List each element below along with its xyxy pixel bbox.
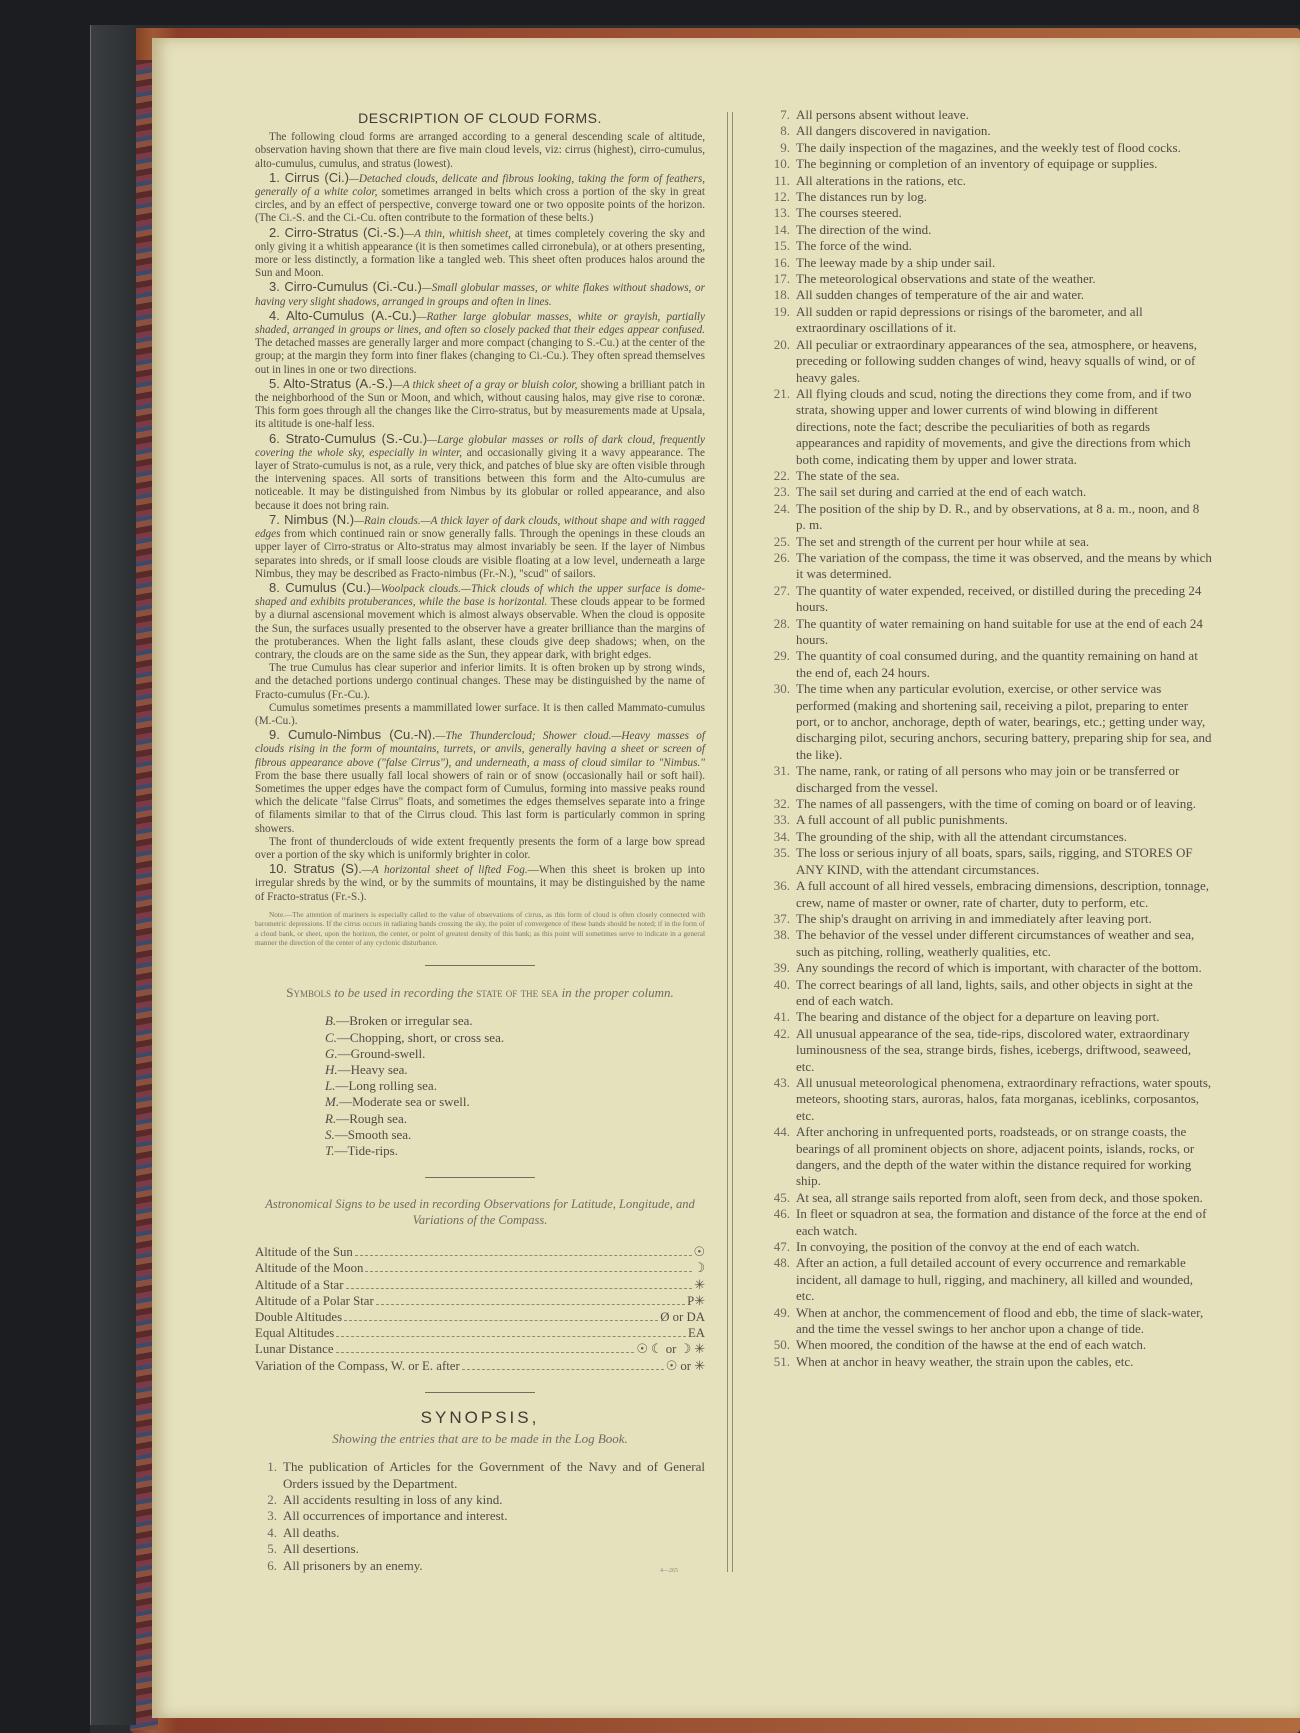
cloud-name: 6. Strato-Cumulus (S.-Cu.) [269,431,427,446]
log-entry: 43.All unusual meteorological phenomena,… [760,1075,1212,1124]
cloud-name: 9. Cumulo-Nimbus (Cu.-N). [269,727,436,742]
log-entry: 12.The distances run by log. [760,189,1212,205]
cloud-section-title: DESCRIPTION OF CLOUD FORMS. [255,112,705,125]
astronomical-signs-list: Altitude of the Sun☉Altitude of the Moon… [255,1244,705,1374]
astronomical-sign-row: Equal AltitudesEA [255,1325,705,1341]
astronomical-sign-row: Variation of the Compass, W. or E. after… [255,1358,705,1374]
astronomical-sign-row: Altitude of the Moon☽ [255,1260,705,1276]
log-entry: 37.The ship's draught on arriving in and… [760,911,1212,927]
log-entry: 27.The quantity of water expended, recei… [760,583,1212,616]
cloud-form-entry: 5. Alto-Stratus (A.-S.)—A thick sheet of… [255,377,705,432]
sea-symbol-item: T.—Tide-rips. [325,1143,705,1159]
log-entry: 34.The grounding of the ship, with all t… [760,829,1212,845]
log-entry: 32.The names of all passengers, with the… [760,796,1212,812]
astronomical-sign-icon: ☉ [694,1244,705,1260]
cloud-name: 10. Stratus (S). [269,861,362,876]
log-entry: 30.The time when any particular evolutio… [760,681,1212,763]
sea-symbol-item: G.—Ground-swell. [325,1046,705,1062]
column-divider [727,112,733,1572]
sea-symbol-item: R.—Rough sea. [325,1111,705,1127]
cloud-form-entry: 3. Cirro-Cumulus (Ci.-Cu.)—Small globula… [255,280,705,308]
astronomical-sign-icon: ✳ [694,1277,705,1293]
log-entry: 33.A full account of all public punishme… [760,812,1212,828]
page-number: 4—265 [660,1568,678,1574]
astronomical-sign-icon: ☉ ☾ or ☽ ✳ [636,1341,705,1357]
log-entry: 31.The name, rank, or rating of all pers… [760,763,1212,796]
cloud-form-entry: 4. Alto-Cumulus (A.-Cu.)—Rather large gl… [255,309,705,377]
cloud-form-entry: 8. Cumulus (Cu.)—Woolpack clouds.—Thick … [255,581,705,662]
log-entry: 14.The direction of the wind. [760,222,1212,238]
astronomical-sign-icon: EA [688,1325,705,1341]
astronomical-sign-icon: Ø or DA [660,1309,705,1325]
sea-symbol-item: M.—Moderate sea or swell. [325,1094,705,1110]
log-entry: 48.After an action, a full detailed acco… [760,1255,1212,1304]
cumulus-paragraph-2: The true Cumulus has clear superior and … [255,662,705,702]
log-entry: 36.A full account of all hired vessels, … [760,878,1212,911]
log-entry: 9.The daily inspection of the magazines,… [760,140,1212,156]
log-entry: 46.In fleet or squadron at sea, the form… [760,1206,1212,1239]
log-entry: 28.The quantity of water remaining on ha… [760,616,1212,649]
log-entry: 42.All unusual appearance of the sea, ti… [760,1026,1212,1075]
log-entry: 45.At sea, all strange sails reported fr… [760,1190,1212,1206]
divider [425,1177,535,1178]
synopsis-title: SYNOPSIS, [255,1411,705,1424]
log-entry: 20.All peculiar or extraordinary appeara… [760,337,1212,386]
log-entry: 2.All accidents resulting in loss of any… [255,1492,705,1508]
cloud-name: 2. Cirro-Stratus (Ci.-S.) [269,225,404,240]
log-entry: 38.The behavior of the vessel under diff… [760,927,1212,960]
cloud-name: 3. Cirro-Cumulus (Ci.-Cu.) [269,279,422,294]
sea-symbol-item: C.—Chopping, short, or cross sea. [325,1030,705,1046]
log-entry: 5.All desertions. [255,1541,705,1557]
cloud-intro: The following cloud forms are arranged a… [255,131,705,171]
log-entries-right: 7.All persons absent without leave.8.All… [760,107,1212,1370]
log-entry: 4.All deaths. [255,1525,705,1541]
log-entry: 24.The position of the ship by D. R., an… [760,501,1212,534]
astronomical-signs-heading: Astronomical Signs to be used in recordi… [255,1196,705,1228]
cloud-name: 5. Alto-Stratus (A.-S.) [269,376,393,391]
cloud-form-entry: 1. Cirrus (Ci.)—Detached clouds, delicat… [255,171,705,226]
log-entry: 15.The force of the wind. [760,238,1212,254]
log-entry: 40.The correct bearings of all land, lig… [760,977,1212,1010]
divider [425,965,535,966]
cumulus-paragraph-3: Cumulus sometimes presents a mammillated… [255,702,705,728]
plastic-sleeve [90,25,136,1725]
log-entry: 11.All alterations in the rations, etc. [760,173,1212,189]
log-entry: 25.The set and strength of the current p… [760,534,1212,550]
cloud-name: 1. Cirrus (Ci.) [269,170,349,185]
astronomical-sign-icon: P✳ [687,1293,705,1309]
astronomical-sign-icon: ☉ or ✳ [666,1358,705,1374]
log-entry: 17.The meteorological observations and s… [760,271,1212,287]
astronomical-sign-row: Altitude of a Polar StarP✳ [255,1293,705,1309]
log-entry: 8.All dangers discovered in navigation. [760,123,1212,139]
astronomical-sign-icon: ☽ [694,1260,705,1276]
cloud-form-entry: 7. Nimbus (N.)—Rain clouds.—A thick laye… [255,513,705,581]
astronomical-sign-row: Double AltitudesØ or DA [255,1309,705,1325]
log-entries-left: 1.The publication of Articles for the Go… [255,1459,705,1574]
sea-symbol-item: B.—Broken or irregular sea. [325,1013,705,1029]
log-entry: 23.The sail set during and carried at th… [760,484,1212,500]
sea-symbol-item: S.—Smooth sea. [325,1127,705,1143]
log-entry: 7.All persons absent without leave. [760,107,1212,123]
mariner-note: Note.—The attention of mariners is espec… [255,910,705,948]
cloud-name: 7. Nimbus (N.) [269,512,354,527]
log-entry: 13.The courses steered. [760,205,1212,221]
cloud-form-entry: 9. Cumulo-Nimbus (Cu.-N).—The Thunderclo… [255,728,705,836]
log-entry: 16.The leeway made by a ship under sail. [760,255,1212,271]
log-entry: 18.All sudden changes of temperature of … [760,287,1212,303]
synopsis-subtitle: Showing the entries that are to be made … [255,1432,705,1445]
cloud-forms-list: 1. Cirrus (Ci.)—Detached clouds, delicat… [255,171,705,662]
log-entry: 21.All flying clouds and scud, noting th… [760,386,1212,468]
log-entry: 49.When at anchor, the commencement of f… [760,1305,1212,1338]
log-entry: 6.All prisoners by an enemy. [255,1558,705,1574]
log-entry: 29.The quantity of coal consumed during,… [760,648,1212,681]
log-entry: 10.The beginning or completion of an inv… [760,156,1212,172]
sea-symbol-item: H.—Heavy sea. [325,1062,705,1078]
log-entry: 1.The publication of Articles for the Go… [255,1459,705,1492]
astronomical-sign-row: Lunar Distance☉ ☾ or ☽ ✳ [255,1341,705,1357]
log-entry: 39.Any soundings the record of which is … [760,960,1212,976]
log-entry: 51.When at anchor in heavy weather, the … [760,1354,1212,1370]
cloud-forms-list-2: 9. Cumulo-Nimbus (Cu.-N).—The Thunderclo… [255,728,705,836]
sea-symbols-heading: Symbols to be used in recording the stat… [255,984,705,1001]
log-entry: 44.After anchoring in unfrequented ports… [760,1124,1212,1190]
divider [425,1392,535,1393]
cloud-form-entry: 6. Strato-Cumulus (S.-Cu.)—Large globula… [255,432,705,513]
stratus-entry: 10. Stratus (S).—A horizontal sheet of l… [255,862,705,904]
astronomical-sign-row: Altitude of a Star✳ [255,1277,705,1293]
thundercloud-paragraph: The front of thunderclouds of wide exten… [255,836,705,862]
log-entry: 19.All sudden or rapid depressions or ri… [760,304,1212,337]
log-entry: 3.All occurrences of importance and inte… [255,1508,705,1524]
sea-symbol-item: L.—Long rolling sea. [325,1078,705,1094]
log-entry: 22.The state of the sea. [760,468,1212,484]
cloud-form-entry: 2. Cirro-Stratus (Ci.-S.)—A thin, whitis… [255,226,705,281]
sea-symbols-list: B.—Broken or irregular sea.C.—Chopping, … [325,1013,705,1159]
log-entry: 35.The loss or serious injury of all boa… [760,845,1212,878]
astronomical-sign-row: Altitude of the Sun☉ [255,1244,705,1260]
log-entry: 47.In convoying, the position of the con… [760,1239,1212,1255]
cloud-name: 4. Alto-Cumulus (A.-Cu.) [269,308,417,323]
log-entry: 50.When moored, the condition of the haw… [760,1337,1212,1353]
left-column: DESCRIPTION OF CLOUD FORMS. The followin… [255,108,705,1574]
log-entry: 41.The bearing and distance of the objec… [760,1009,1212,1025]
cloud-name: 8. Cumulus (Cu.) [269,580,371,595]
log-entry: 26.The variation of the compass, the tim… [760,550,1212,583]
